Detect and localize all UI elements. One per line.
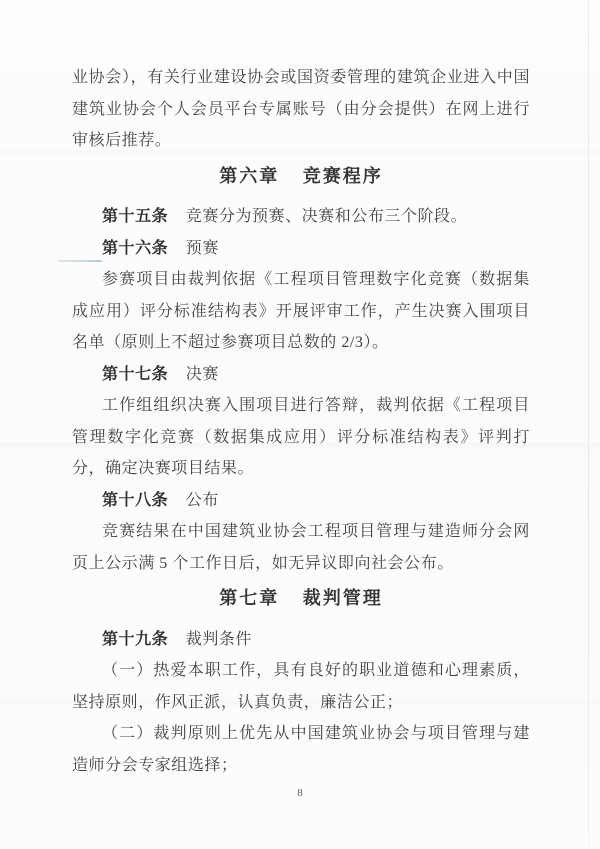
chapter-title: 裁判管理: [303, 588, 383, 608]
scan-edge-line-artifact: [588, 0, 589, 849]
paragraph-continuation: 业协会），有关行业建设协会或国资委管理的建筑企业进入中国建筑业协会个人会员平台专…: [72, 62, 530, 157]
article-19: 第十九条 裁判条件: [72, 624, 530, 656]
article-text: 预赛: [186, 240, 219, 257]
article-number: 第十九条: [102, 631, 168, 648]
article-text: 裁判条件: [186, 631, 252, 648]
article-text: 决赛: [186, 366, 219, 383]
chapter-number: 第七章: [219, 588, 279, 608]
chapter-number: 第六章: [219, 166, 279, 186]
article-number: 第十五条: [102, 208, 168, 225]
article-number: 第十八条: [102, 492, 168, 509]
paragraph-preliminary-round: 参赛项目由裁判依据《工程项目管理数字化竞赛（数据集成应用）评分标准结构表》开展评…: [72, 264, 530, 359]
article-16: 第十六条 预赛: [72, 233, 530, 265]
article-18: 第十八条 公布: [72, 485, 530, 517]
article-text: 公布: [186, 492, 219, 509]
chapter-title: 竞赛程序: [303, 166, 383, 186]
paragraph-final-round: 工作组组织决赛入围项目进行答辩，裁判依据《工程项目管理数字化竞赛（数据集成应用）…: [72, 390, 530, 485]
article-text: 竞赛分为预赛、决赛和公布三个阶段。: [186, 208, 467, 225]
document-content: 业协会），有关行业建设协会或国资委管理的建筑企业进入中国建筑业协会个人会员平台专…: [72, 62, 530, 781]
scanned-document-page: 业协会），有关行业建设协会或国资委管理的建筑企业进入中国建筑业协会个人会员平台专…: [0, 0, 600, 849]
article-number: 第十七条: [102, 366, 168, 383]
article-15: 第十五条 竞赛分为预赛、决赛和公布三个阶段。: [72, 201, 530, 233]
article-number: 第十六条: [102, 240, 168, 257]
paragraph-judge-condition-1: （一）热爱本职工作，具有良好的职业道德和心理素质，坚持原则，作风正派，认真负责，…: [72, 655, 530, 718]
chapter-heading-7: 第七章 裁判管理: [72, 583, 530, 615]
paragraph-judge-condition-2: （二）裁判原则上优先从中国建筑业协会与项目管理与建造师分会专家组选择；: [72, 718, 530, 781]
page-number: 8: [0, 787, 600, 799]
article-17: 第十七条 决赛: [72, 359, 530, 391]
paragraph-announcement: 竞赛结果在中国建筑业协会工程项目管理与建造师分会网页上公示满 5 个工作日后，如…: [72, 516, 530, 579]
chapter-heading-6: 第六章 竞赛程序: [72, 161, 530, 193]
